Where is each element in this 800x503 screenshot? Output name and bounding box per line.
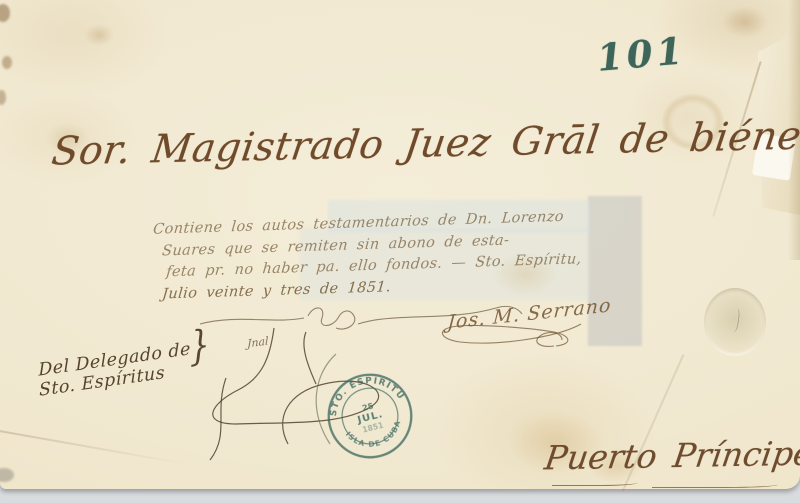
scanned-document: 101 Sor. Magistrado Juez Grāl de biénes … [0,0,800,503]
destination-underline-2 [652,482,778,488]
seal-mark [728,307,740,332]
embossed-seal [704,288,766,356]
destination-underline-1 [552,480,638,486]
